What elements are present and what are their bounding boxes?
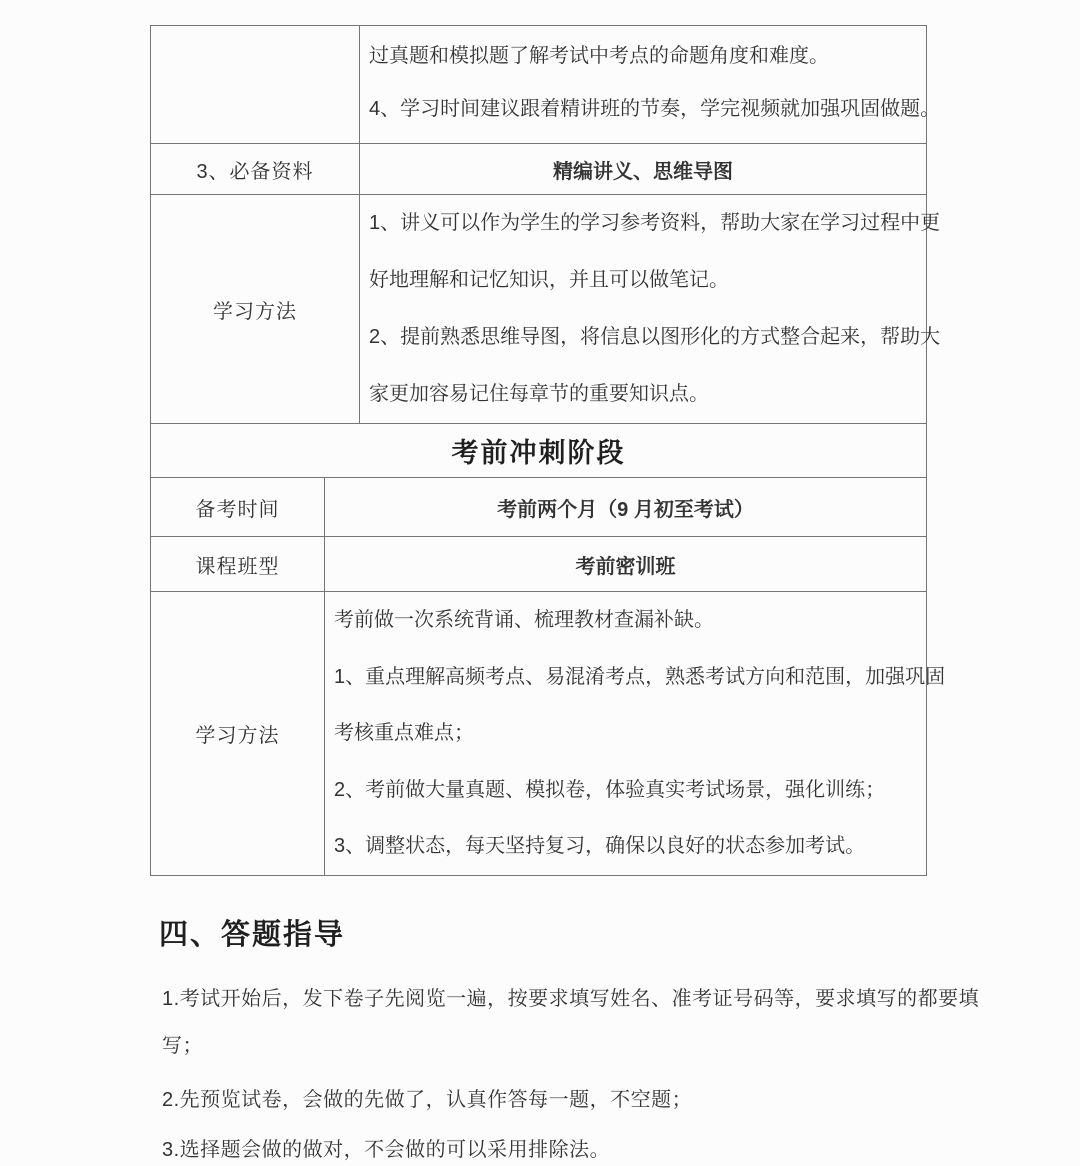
text-line: 4、学习时间建议跟着精讲班的节奏，学完视频就加强巩固做题。 — [369, 83, 940, 136]
course-type-value: 考前密训班 — [325, 537, 926, 591]
answer-guide-paragraph-3: 3.选择题会做的做对，不会做的可以采用排除法。 — [162, 1126, 952, 1166]
table-row-materials: 3、必备资料 精编讲义、思维导图 — [151, 144, 926, 195]
text-line: 考前做一次系统背诵、梳理教材查漏补缺。 — [334, 592, 945, 649]
study-method-label: 学习方法 — [151, 195, 360, 423]
table-row-prep-time: 备考时间 考前两个月（9 月初至考试） — [151, 478, 926, 537]
text-line: 好地理解和记忆知识，并且可以做笔记。 — [369, 252, 940, 309]
content-cell-continuation: 过真题和模拟题了解考试中考点的命题角度和难度。 4、学习时间建议跟着精讲班的节奏… — [360, 26, 940, 143]
exam-prep-table: 过真题和模拟题了解考试中考点的命题角度和难度。 4、学习时间建议跟着精讲班的节奏… — [150, 25, 927, 876]
stage-header-title: 考前冲刺阶段 — [151, 424, 926, 477]
text-line: 1、重点理解高频考点、易混淆考点，熟悉考试方向和范围，加强巩固 — [334, 649, 945, 706]
sprint-method-content: 考前做一次系统背诵、梳理教材查漏补缺。 1、重点理解高频考点、易混淆考点，熟悉考… — [325, 592, 945, 875]
text-line: 1.考试开始后，发下卷子先阅览一遍，按要求填写姓名、准考证号码等，要求填写的都要… — [162, 976, 952, 1023]
table-row-continuation: 过真题和模拟题了解考试中考点的命题角度和难度。 4、学习时间建议跟着精讲班的节奏… — [151, 26, 926, 144]
text-line: 过真题和模拟题了解考试中考点的命题角度和难度。 — [369, 30, 940, 83]
document-page: 过真题和模拟题了解考试中考点的命题角度和难度。 4、学习时间建议跟着精讲班的节奏… — [0, 0, 1080, 1166]
sprint-method-label: 学习方法 — [151, 592, 325, 875]
table-row-course-type: 课程班型 考前密训班 — [151, 537, 926, 592]
label-cell-empty — [151, 26, 360, 143]
prep-time-value: 考前两个月（9 月初至考试） — [325, 478, 926, 536]
text-line: 2.先预览试卷，会做的先做了，认真作答每一题，不空题； — [162, 1076, 952, 1124]
answer-guide-paragraph-2: 2.先预览试卷，会做的先做了，认真作答每一题，不空题； — [162, 1076, 952, 1124]
materials-value: 精编讲义、思维导图 — [360, 144, 926, 194]
study-method-content: 1、讲义可以作为学生的学习参考资料，帮助大家在学习过程中更 好地理解和记忆知识，… — [360, 195, 940, 423]
table-row-sprint-method: 学习方法 考前做一次系统背诵、梳理教材查漏补缺。 1、重点理解高频考点、易混淆考… — [151, 592, 926, 875]
prep-time-label: 备考时间 — [151, 478, 325, 536]
text-line: 家更加容易记住每章节的重要知识点。 — [369, 366, 940, 423]
text-line: 3.选择题会做的做对，不会做的可以采用排除法。 — [162, 1126, 952, 1166]
text-line: 考核重点难点； — [334, 705, 945, 762]
answer-guide-paragraph-1: 1.考试开始后，发下卷子先阅览一遍，按要求填写姓名、准考证号码等，要求填写的都要… — [162, 976, 952, 1070]
text-line: 写； — [162, 1023, 952, 1070]
text-line: 3、调整状态，每天坚持复习，确保以良好的状态参加考试。 — [334, 818, 945, 875]
text-line: 2、考前做大量真题、模拟卷，体验真实考试场景，强化训练； — [334, 762, 945, 819]
text-line: 1、讲义可以作为学生的学习参考资料，帮助大家在学习过程中更 — [369, 195, 940, 252]
materials-label: 3、必备资料 — [151, 144, 360, 194]
table-row-study-method: 学习方法 1、讲义可以作为学生的学习参考资料，帮助大家在学习过程中更 好地理解和… — [151, 195, 926, 424]
answer-guide-heading: 四、答题指导 — [159, 912, 345, 953]
course-type-label: 课程班型 — [151, 537, 325, 591]
text-line: 2、提前熟悉思维导图，将信息以图形化的方式整合起来，帮助大 — [369, 309, 940, 366]
table-row-stage-header: 考前冲刺阶段 — [151, 424, 926, 478]
